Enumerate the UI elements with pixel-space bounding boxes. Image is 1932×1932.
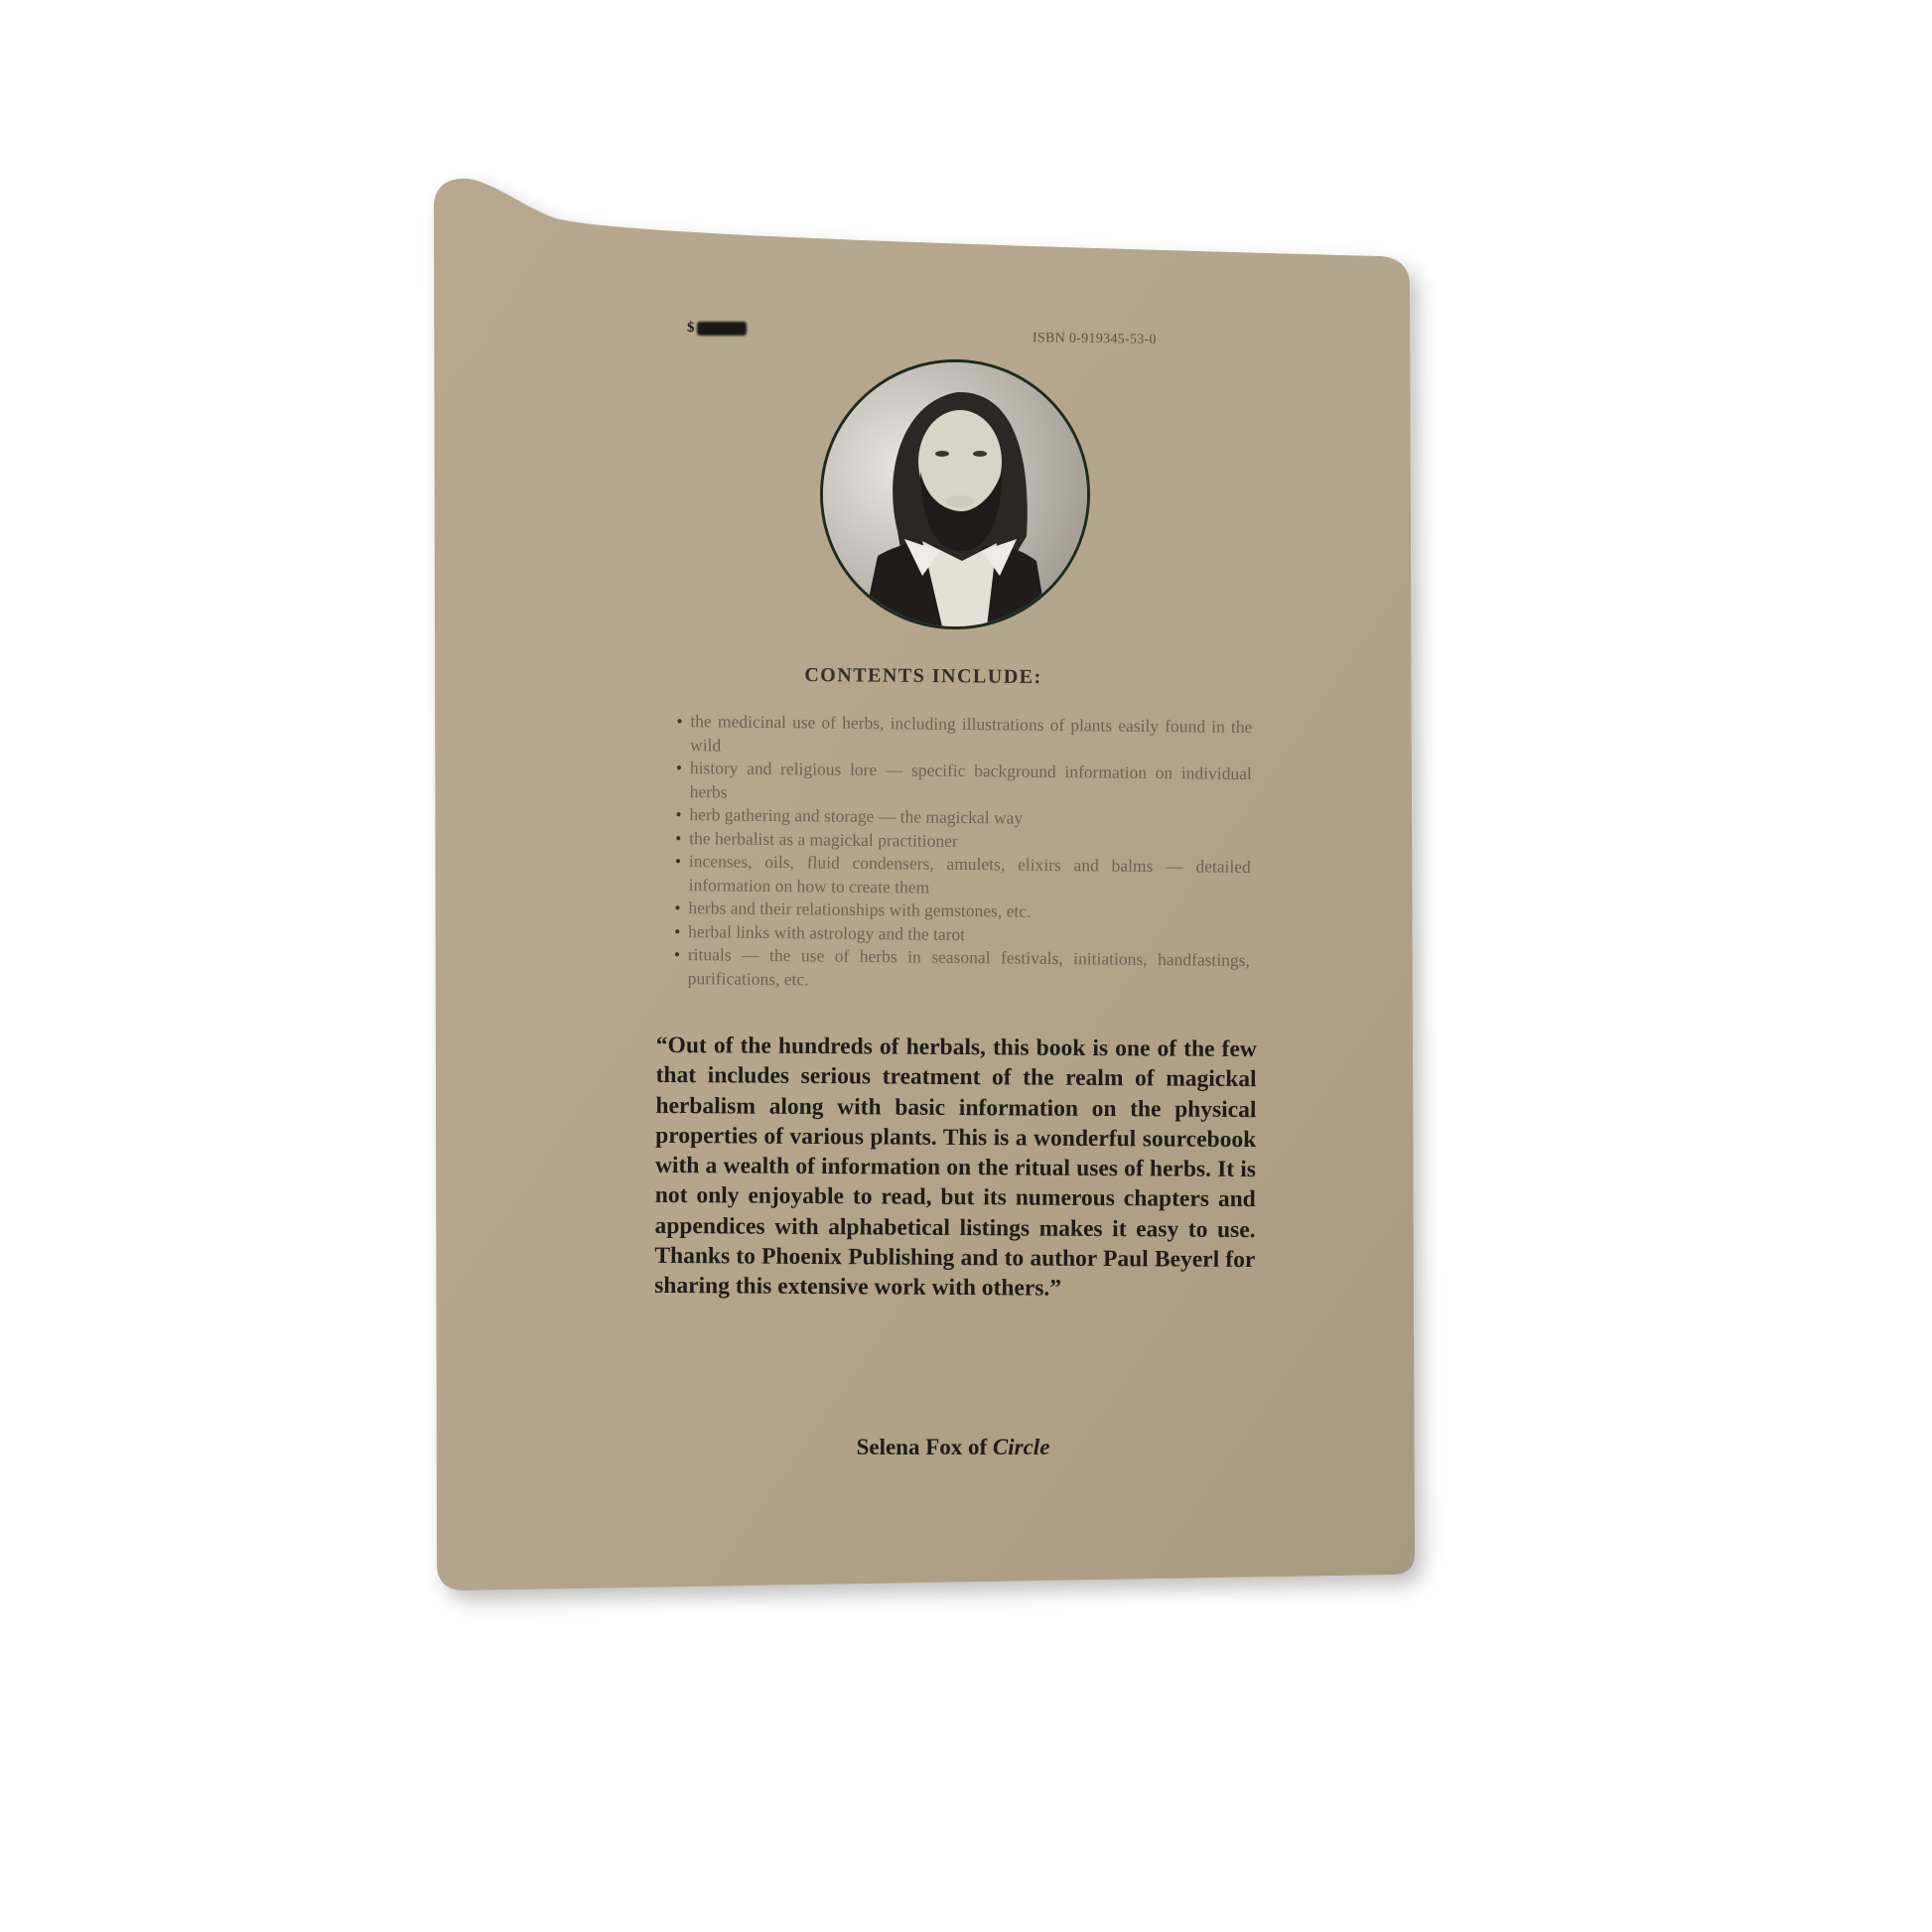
contents-item: incenses, oils, fluid condensers, amulet… xyxy=(675,850,1251,902)
contents-item: rituals — the use of herbs in seasonal f… xyxy=(674,943,1250,996)
attribution-name: Selena Fox of xyxy=(857,1435,993,1459)
attribution-publication: Circle xyxy=(993,1435,1050,1459)
portrait-photo-icon xyxy=(823,362,1087,626)
contents-item: the medicinal use of herbs, including il… xyxy=(676,710,1252,762)
quote-attribution: Selena Fox of Circle xyxy=(655,1435,1251,1460)
isbn-number: ISBN 0-919345-53-0 xyxy=(1033,331,1157,348)
contents-item: history and religious lore — specific ba… xyxy=(676,757,1252,809)
review-quote: “Out of the hundreds of herbals, this bo… xyxy=(654,1031,1257,1306)
author-portrait xyxy=(820,359,1090,629)
contents-list: the medicinal use of herbs, including il… xyxy=(674,710,1253,996)
price-label: $ xyxy=(687,320,747,337)
contents-heading: CONTENTS INCLUDE: xyxy=(645,663,1201,691)
price-redaction xyxy=(697,322,747,336)
price-symbol: $ xyxy=(687,320,695,337)
